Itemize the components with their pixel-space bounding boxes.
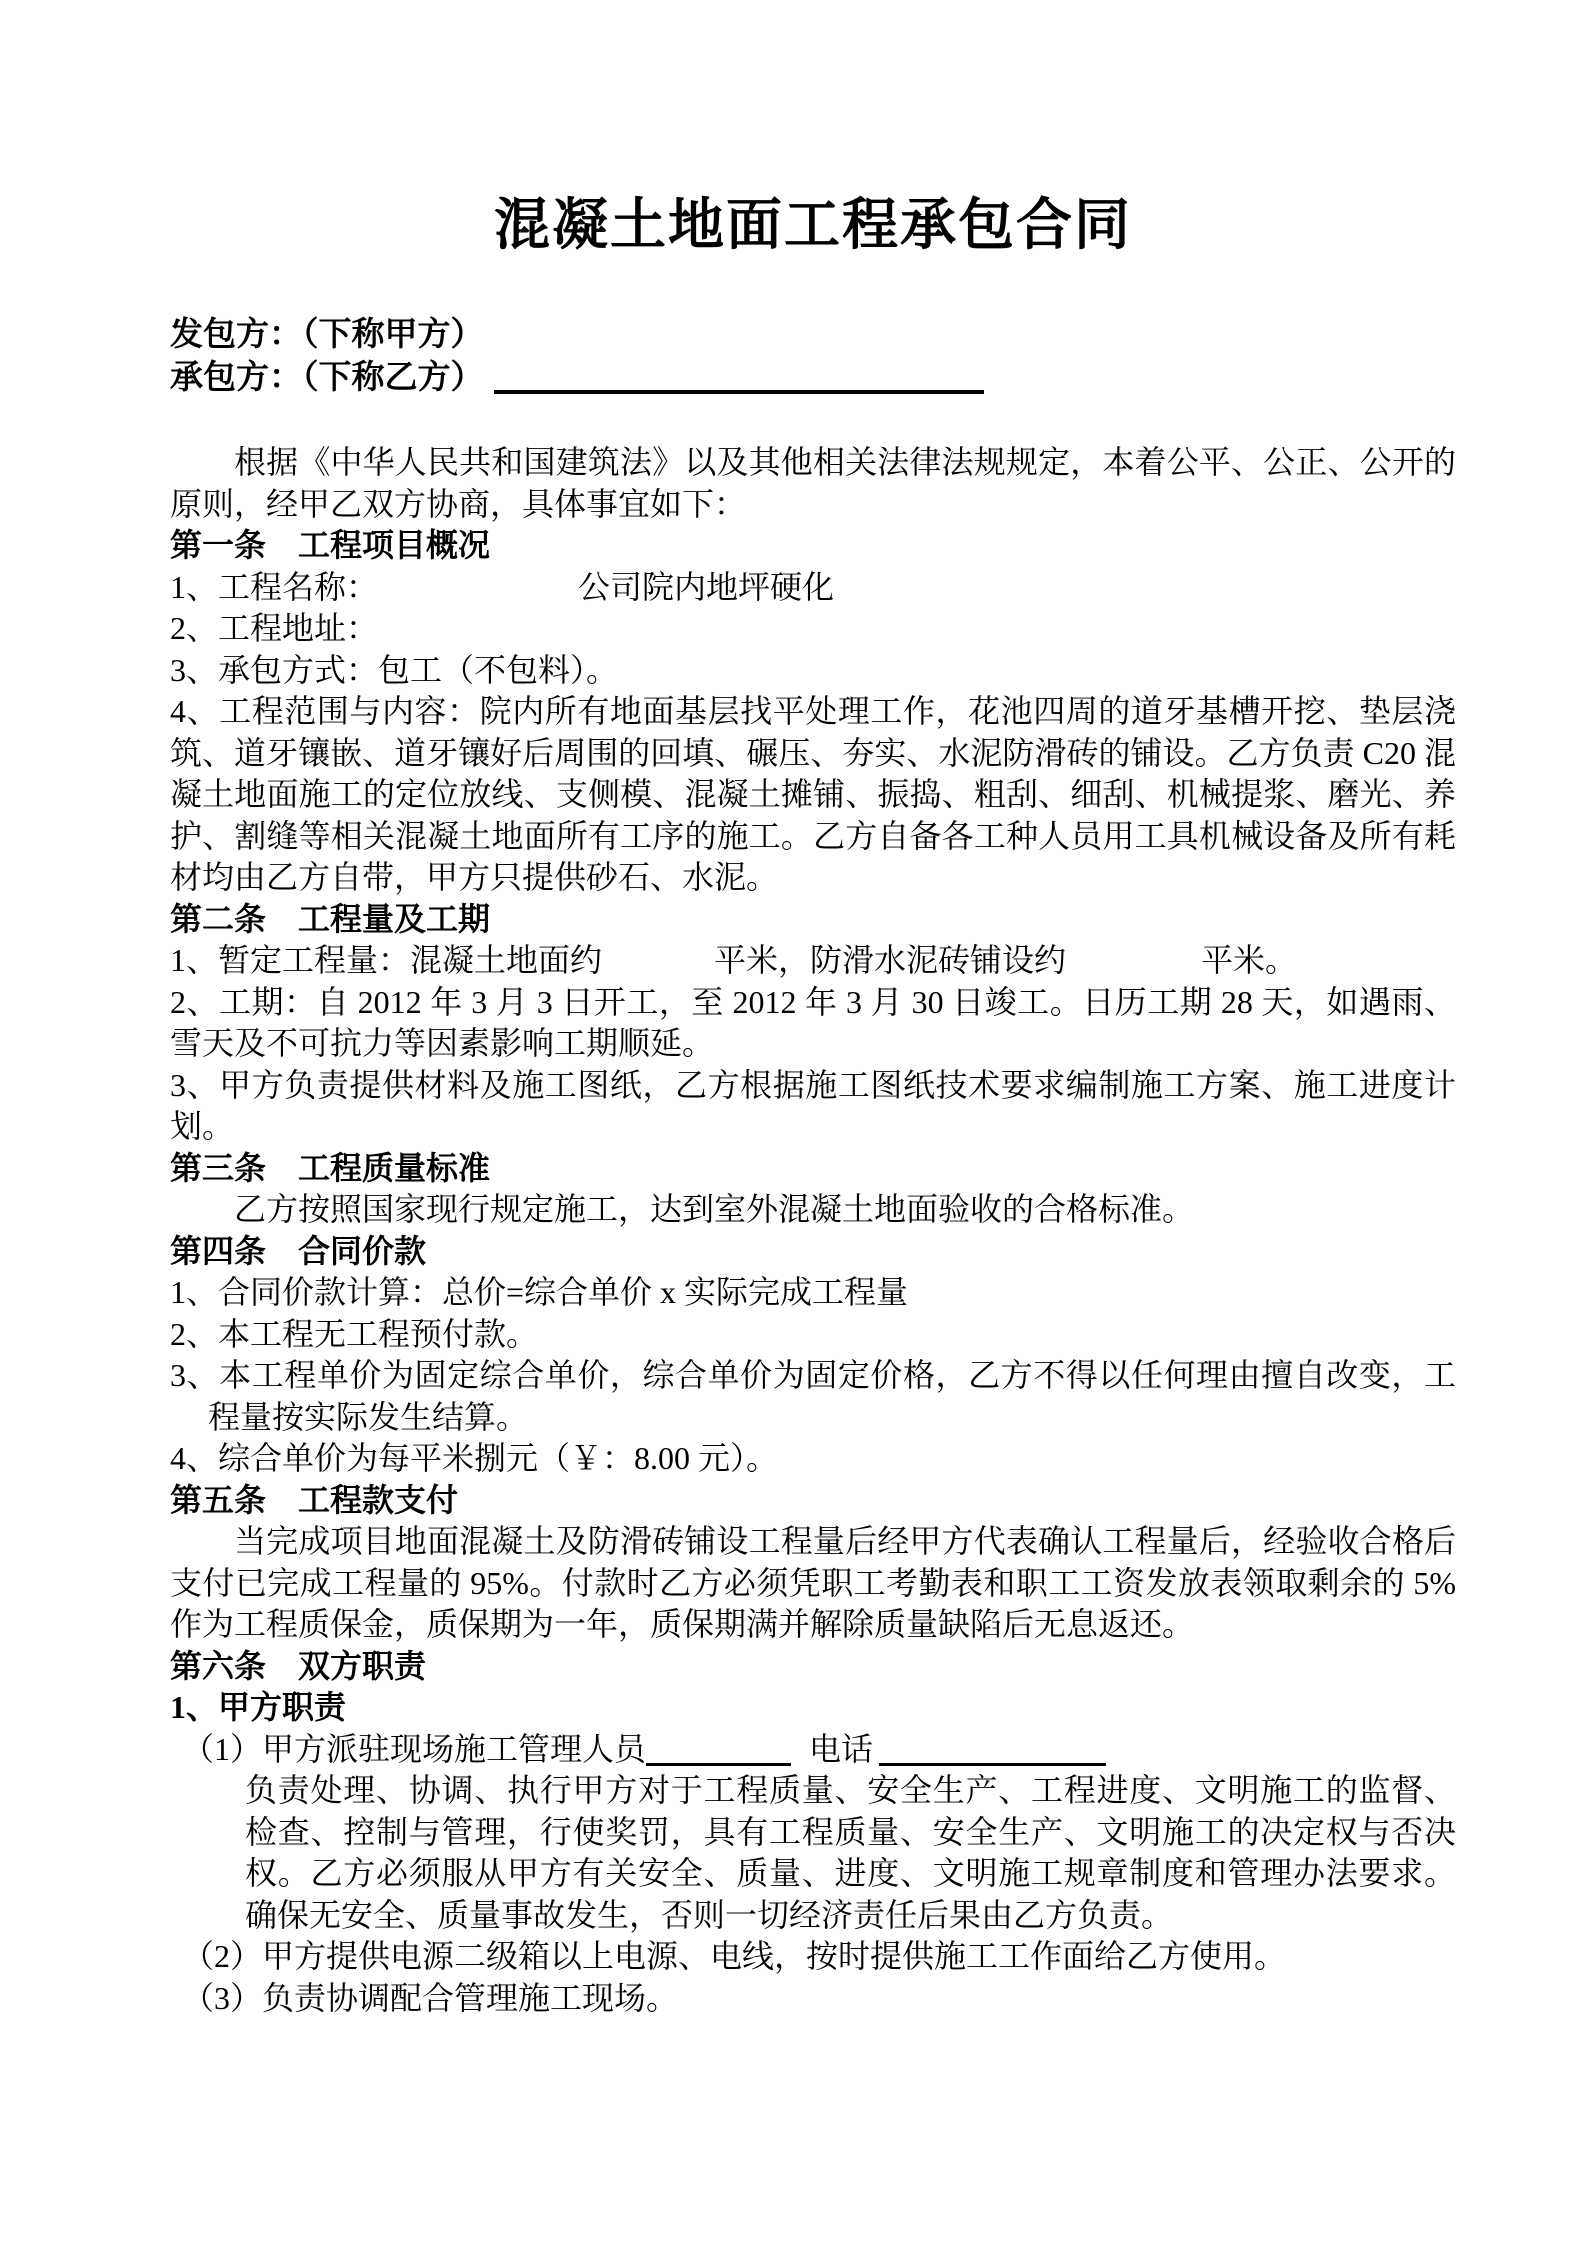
section-5-body: 当完成项目地面混凝土及防滑砖铺设工程量后经甲方代表确认工程量后，经验收合格后支付… [170, 1521, 1456, 1646]
telephone-label: 电话 [809, 1731, 873, 1767]
section-6-clause-1-line: （1）甲方派驻现场施工管理人员电话 [182, 1729, 1456, 1771]
section-4-item-4: 4、综合单价为每平米捌元（￥：8.00 元）。 [170, 1438, 1456, 1480]
section-2-item-2: 2、工期：自 2012 年 3 月 3 日开工，至 2012 年 3 月 30 … [170, 982, 1456, 1065]
section-1-item-1: 1、工程名称：公司院内地坪硬化 [170, 567, 1456, 609]
quantity-unit-label: 平米。 [1201, 942, 1297, 978]
contract-page: 混凝土地面工程承包合同 发包方：（下称甲方） 承包方：（下称乙方） 根据《中华人… [0, 0, 1586, 2244]
party-b-blank-underline [494, 390, 984, 394]
section-1-item-4: 4、工程范围与内容：院内所有地面基层找平处理工作，花池四周的道牙基槽开挖、垫层浇… [170, 691, 1456, 899]
section-6-clause-1-body: 负责处理、协调、执行甲方对于工程质量、安全生产、工程进度、文明施工的监督、检查、… [245, 1770, 1456, 1936]
section-6-clause-2: （2）甲方提供电源二级箱以上电源、电线，按时提供施工工作面给乙方使用。 [182, 1936, 1456, 1978]
party-b-label: 承包方：（下称乙方） [170, 360, 484, 396]
site-manager-label: （1）甲方派驻现场施工管理人员 [182, 1731, 646, 1767]
section-4-heading: 第四条 合同价款 [170, 1231, 1456, 1273]
project-name-label: 1、工程名称： [170, 569, 378, 605]
party-b-line: 承包方：（下称乙方） [170, 357, 1456, 400]
preamble-paragraph: 根据《中华人民共和国建筑法》以及其他相关法律法规规定，本着公平、公正、公开的原则… [170, 442, 1456, 525]
section-4-item-2: 2、本工程无工程预付款。 [170, 1314, 1456, 1356]
section-4-item-1: 1、合同价款计算：总价=综合单价 x 实际完成工程量 [170, 1272, 1456, 1314]
section-6-clause-3: （3）负责协调配合管理施工现场。 [182, 1978, 1456, 2020]
section-1-item-3: 3、承包方式：包工（不包料）。 [170, 650, 1456, 692]
site-manager-blank-underline [646, 1763, 791, 1766]
section-5-heading: 第五条 工程款支付 [170, 1480, 1456, 1522]
quantity-concrete-label: 1、暂定工程量：混凝土地面约 [170, 942, 602, 978]
section-6-heading: 第六条 双方职责 [170, 1646, 1456, 1688]
section-2-item-3: 3、甲方负责提供材料及施工图纸，乙方根据施工图纸技术要求编制施工方案、施工进度计… [170, 1065, 1456, 1148]
party-a-line: 发包方：（下称甲方） [170, 314, 1456, 357]
party-a-label: 发包方：（下称甲方） [170, 317, 484, 353]
section-3-heading: 第三条 工程质量标准 [170, 1148, 1456, 1190]
document-title: 混凝土地面工程承包合同 [170, 190, 1456, 262]
section-3-body: 乙方按照国家现行规定施工，达到室外混凝土地面验收的合格标准。 [170, 1189, 1456, 1231]
section-1-item-2: 2、工程地址： [170, 608, 1456, 650]
section-1-heading: 第一条 工程项目概况 [170, 525, 1456, 567]
telephone-blank-underline [879, 1763, 1106, 1766]
section-2-heading: 第二条 工程量及工期 [170, 899, 1456, 941]
parties-block: 发包方：（下称甲方） 承包方：（下称乙方） [170, 314, 1456, 400]
document-body: 混凝土地面工程承包合同 发包方：（下称甲方） 承包方：（下称乙方） 根据《中华人… [0, 0, 1586, 2019]
project-name-value: 公司院内地坪硬化 [578, 569, 834, 605]
section-6-subheading-1: 1、甲方职责 [170, 1687, 1456, 1729]
quantity-brick-label: 平米，防滑水泥砖铺设约 [714, 942, 1066, 978]
section-2-item-1: 1、暂定工程量：混凝土地面约平米，防滑水泥砖铺设约平米。 [170, 940, 1456, 982]
section-4-item-3: 3、本工程单价为固定综合单价，综合单价为固定价格，乙方不得以任何理由擅自改变，工… [170, 1355, 1456, 1438]
